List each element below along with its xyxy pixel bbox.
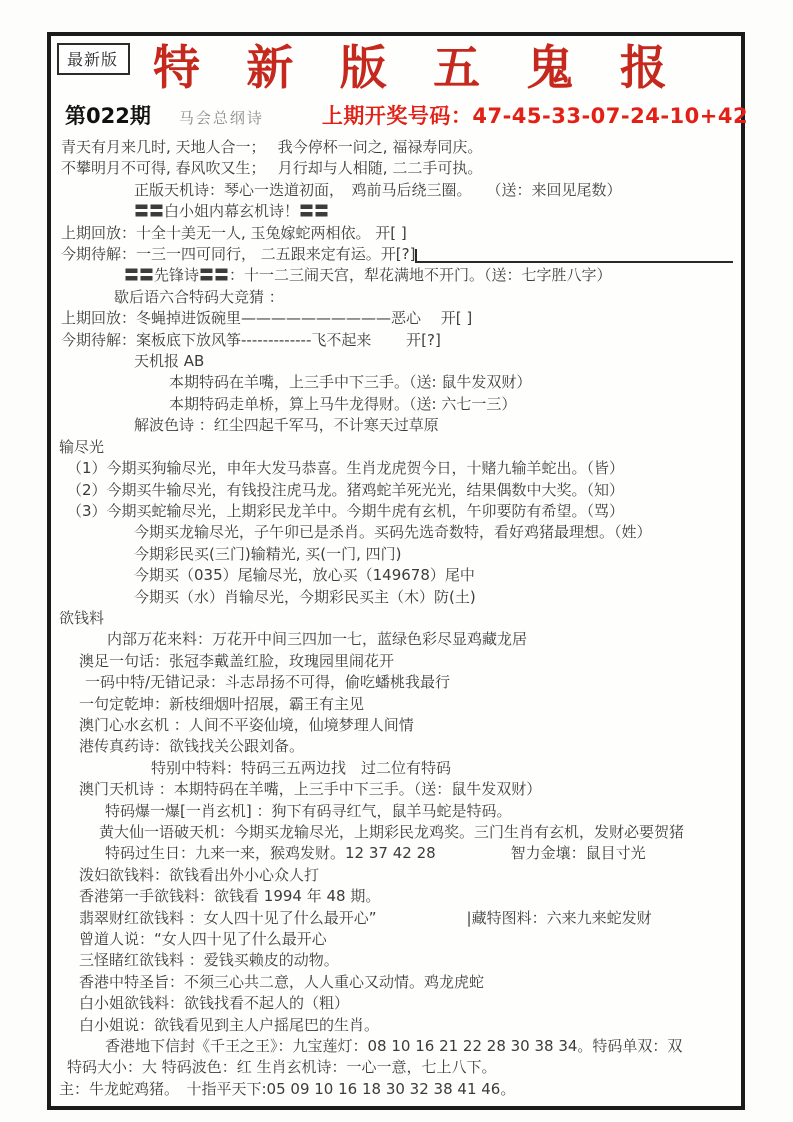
last-draw-numbers: 上期开奖号码：47-45-33-07-24-10+42 [322,100,748,130]
doc-line-text: 欲钱料 [59,609,104,627]
doc-line-text: 解波色诗 ：红尘四起千军马，不计寒天过草原 [134,416,439,434]
masthead-subtitle: 马会总纲诗 [179,107,264,128]
doc-line: 特别中特料：特码三五两边找 过二位有特码 [59,758,735,779]
doc-line-text: 翡翠财红欲钱料 ：女人四十见了什么最开心” |藏特图料：六来九来蛇发财 [79,909,652,927]
blank-underline [415,249,733,263]
doc-line: 翡翠财红欲钱料 ：女人四十见了什么最开心” |藏特图料：六来九来蛇发财 [59,908,735,929]
doc-line-text: 本期特码走单桥，算上马牛龙得财。（送: 六七一三） [169,395,516,413]
doc-line: 港传真药诗：欲钱找关公跟刘备。 [59,736,735,757]
doc-line-text: 上期回放：冬蝇掉进饭碗里——————————恶心 开[ ] [61,309,472,327]
doc-line: 〓〓先锋诗〓〓：十一二三闹天宫，犁花满地不开门。（送：七字胜八字） [59,265,735,286]
doc-line-text: 白小姐欲钱料：欲钱找看不起人的（粗） [79,994,349,1012]
doc-line-text: （2）今期买牛输尽光，有钱投注虎马龙。猪鸡蛇羊死光光，结果偶数中大奖。（知） [67,481,624,499]
doc-line: 主：牛龙蛇鸡猪。 十指平天下:05 09 10 16 18 30 32 38 4… [59,1079,735,1100]
doc-line-text: 正版天机诗：琴心一迭道初面， 鸡前马后绕三圈。 （送：来回见尾数） [134,181,622,199]
doc-line: 澳足一句话：张冠李戴盖红脸，玫瑰园里闹花开 [59,651,735,672]
doc-line-text: 三怪睹红欲钱料 ：爱钱买赖皮的动物。 [79,951,339,969]
doc-line: 输尽光 [59,437,735,458]
doc-line-text: 白小姐说：欲钱看见到主人户摇尾巴的生肖。 [79,1016,379,1034]
doc-line: 香港地下信封《千王之王》：九宝莲灯：08 10 16 21 22 28 30 3… [59,1036,735,1057]
doc-line: 今期待解：一三一四可同行， 二五跟来定有运。开[?] [59,244,735,265]
document-body: 青天有月来几时, 天地人合一； 我今停杯一问之, 福禄寿同庆。不攀明月不可得, … [59,137,735,1100]
doc-line-text: 一码中特/无错记录：斗志昂扬不可得，偷吃蟠桃我最行 [85,673,450,691]
doc-line: 青天有月来几时, 天地人合一； 我今停杯一问之, 福禄寿同庆。 [59,137,735,158]
doc-line-text: 香港第一手欲钱料：欲钱看 1994 年 48 期。 [79,887,380,905]
doc-line-text: 特码爆一爆[一肖玄机] ：狗下有码寻红气，鼠羊马蛇是特码。 [105,802,511,820]
doc-line: 特码大小：大 特码波色：红 生肖玄机诗：一心一意，七上八下。 [59,1057,735,1078]
doc-line: 澳门心水玄机 ：人间不平姿仙境，仙境梦理人间情 [59,715,735,736]
doc-line: 天机报 AB [59,351,735,372]
doc-line: 今期彩民买(三门)输精光, 买(一门, 四门) [59,544,735,565]
doc-line-text: 特别中特料：特码三五两边找 过二位有特码 [151,759,451,777]
doc-line: 内部万花来料：万花开中间三四加一七，蓝绿色彩尽显鸡藏龙居 [59,629,735,650]
page-border-frame: 最新版 特 新 版 五 鬼 报 第022期 马会总纲诗 上期开奖号码：47-45… [47,32,745,1110]
doc-line: 泼妇欲钱料：欲钱看出外小心众人打 [59,865,735,886]
doc-line: 解波色诗 ：红尘四起千军马，不计寒天过草原 [59,415,735,436]
doc-line-text: 今期买（035）尾输尽光，放心买（149678）尾中 [134,566,475,584]
edition-badge: 最新版 [57,43,130,75]
header-row: 第022期 马会总纲诗 上期开奖号码：47-45-33-07-24-10+42 [65,100,735,130]
doc-line: （3）今期买蛇输尽光，上期彩民龙羊中。今期牛虎有玄机，午卯要防有希望。（骂） [59,501,735,522]
doc-line: 曾道人说：“女人四十见了什么最开心 [59,929,735,950]
doc-line-text: （1）今期买狗输尽光，申年大发马恭喜。生肖龙虎贺今日，十赌九输羊蛇出。（皆） [67,459,624,477]
doc-line-text: 香港地下信封《千王之王》：九宝莲灯：08 10 16 21 22 28 30 3… [105,1037,682,1055]
doc-line-text: 内部万花来料：万花开中间三四加一七，蓝绿色彩尽显鸡藏龙居 [107,630,527,648]
doc-line-text: 主：牛龙蛇鸡猪。 十指平天下:05 09 10 16 18 30 32 38 4… [59,1080,515,1098]
doc-line-text: 歇后语六合特码大竞猜 ： [114,288,284,306]
doc-line: 特码爆一爆[一肖玄机] ：狗下有码寻红气，鼠羊马蛇是特码。 [59,801,735,822]
doc-line-text: 〓〓白小姐内幕玄机诗！〓〓 [134,202,329,220]
issue-number: 第022期 [65,100,151,130]
doc-line: 香港第一手欲钱料：欲钱看 1994 年 48 期。 [59,886,735,907]
doc-line: 今期买（水）肖输尽光，今期彩民买主（木）防(土) [59,587,735,608]
doc-line: 上期回放：冬蝇掉进饭碗里——————————恶心 开[ ] [59,308,735,329]
doc-line-text: 本期特码在羊嘴，上三手中下三手。（送: 鼠牛发双财） [169,373,531,391]
doc-line-text: 今期待解：一三一四可同行， 二五跟来定有运。开[?] [61,244,415,265]
doc-line: 澳门天机诗 ：本期特码在羊嘴，上三手中下三手。（送：鼠牛发双财） [59,779,735,800]
doc-line: 今期买（035）尾输尽光，放心买（149678）尾中 [59,565,735,586]
doc-line-text: 一句定乾坤：新枝细烟叶招展，霸王有主见 [79,695,364,713]
page: 最新版 特 新 版 五 鬼 报 第022期 马会总纲诗 上期开奖号码：47-45… [0,0,793,1122]
doc-line: 白小姐说：欲钱看见到主人户摇尾巴的生肖。 [59,1015,735,1036]
doc-line-text: 今期买（水）肖输尽光，今期彩民买主（木）防(土) [134,588,476,606]
doc-line-text: 今期买龙输尽光，子午卯已是杀肖。买码先选奇数特，看好鸡猪最理想。（姓） [134,523,652,541]
page-title: 特 新 版 五 鬼 报 [153,40,735,98]
doc-line-text: 港传真药诗：欲钱找关公跟刘备。 [79,737,304,755]
doc-line-text: 今期待解：案板底下放风筝-------------飞不起来 开[?] [61,331,441,349]
doc-line-text: （3）今期买蛇输尽光，上期彩民龙羊中。今期牛虎有玄机，午卯要防有希望。（骂） [67,502,624,520]
doc-line: 〓〓白小姐内幕玄机诗！〓〓 [59,201,735,222]
doc-line-text: 澳足一句话：张冠李戴盖红脸，玫瑰园里闹花开 [79,652,394,670]
doc-line-text: 〓〓先锋诗〓〓：十一二三闹天宫，犁花满地不开门。（送：七字胜八字） [124,266,612,284]
doc-line: 今期待解：案板底下放风筝-------------飞不起来 开[?] [59,330,735,351]
doc-line: （1）今期买狗输尽光，申年大发马恭喜。生肖龙虎贺今日，十赌九输羊蛇出。（皆） [59,458,735,479]
doc-line: 特码过生日：九来一来，猴鸡发财。12 37 42 28 智力金壤：鼠目寸光 [59,843,735,864]
doc-line-text: 今期彩民买(三门)输精光, 买(一门, 四门) [134,545,401,563]
doc-line-text: 澳门心水玄机 ：人间不平姿仙境，仙境梦理人间情 [79,716,414,734]
doc-line-text: 曾道人说：“女人四十见了什么最开心 [79,930,327,948]
doc-line: 白小姐欲钱料：欲钱找看不起人的（粗） [59,993,735,1014]
doc-line-text: 不攀明月不可得, 春风吹又生； 月行却与人相随, 二二手可执。 [61,159,482,177]
doc-line: 不攀明月不可得, 春风吹又生； 月行却与人相随, 二二手可执。 [59,158,735,179]
doc-line: 歇后语六合特码大竞猜 ： [59,287,735,308]
doc-line-text: 上期回放：十全十美无一人, 玉兔嫁蛇两相依。 开[ ] [61,224,407,242]
doc-line-text: 青天有月来几时, 天地人合一； 我今停杯一问之, 福禄寿同庆。 [61,138,482,156]
doc-line-text: 特码大小：大 特码波色：红 生肖玄机诗：一心一意，七上八下。 [67,1058,497,1076]
doc-line-text: 澳门天机诗 ：本期特码在羊嘴，上三手中下三手。（送：鼠牛发双财） [79,780,541,798]
doc-line: 黄大仙一语破天机：今期买龙输尽光，上期彩民龙鸡奖。三门生肖有玄机，发财必要贺猪 [59,822,735,843]
doc-line: 本期特码走单桥，算上马牛龙得财。（送: 六七一三） [59,394,735,415]
doc-line: 上期回放：十全十美无一人, 玉兔嫁蛇两相依。 开[ ] [59,223,735,244]
doc-line-text: 香港中特圣旨：不须三心共二意，人人重心又动情。鸡龙虎蛇 [79,973,484,991]
doc-line: 正版天机诗：琴心一迭道初面， 鸡前马后绕三圈。 （送：来回见尾数） [59,180,735,201]
doc-line: （2）今期买牛输尽光，有钱投注虎马龙。猪鸡蛇羊死光光，结果偶数中大奖。（知） [59,480,735,501]
doc-line: 一码中特/无错记录：斗志昂扬不可得，偷吃蟠桃我最行 [59,672,735,693]
doc-line: 本期特码在羊嘴，上三手中下三手。（送: 鼠牛发双财） [59,372,735,393]
doc-line-text: 天机报 AB [134,352,204,370]
doc-line-text: 黄大仙一语破天机：今期买龙输尽光，上期彩民龙鸡奖。三门生肖有玄机，发财必要贺猪 [99,823,684,841]
doc-line-text: 输尽光 [59,438,104,456]
doc-line: 一句定乾坤：新枝细烟叶招展，霸王有主见 [59,694,735,715]
doc-line: 今期买龙输尽光，子午卯已是杀肖。买码先选奇数特，看好鸡猪最理想。（姓） [59,522,735,543]
doc-line-text: 泼妇欲钱料：欲钱看出外小心众人打 [79,866,319,884]
doc-line: 香港中特圣旨：不须三心共二意，人人重心又动情。鸡龙虎蛇 [59,972,735,993]
doc-line: 欲钱料 [59,608,735,629]
doc-line: 三怪睹红欲钱料 ：爱钱买赖皮的动物。 [59,950,735,971]
doc-line-text: 特码过生日：九来一来，猴鸡发财。12 37 42 28 智力金壤：鼠目寸光 [105,844,646,862]
